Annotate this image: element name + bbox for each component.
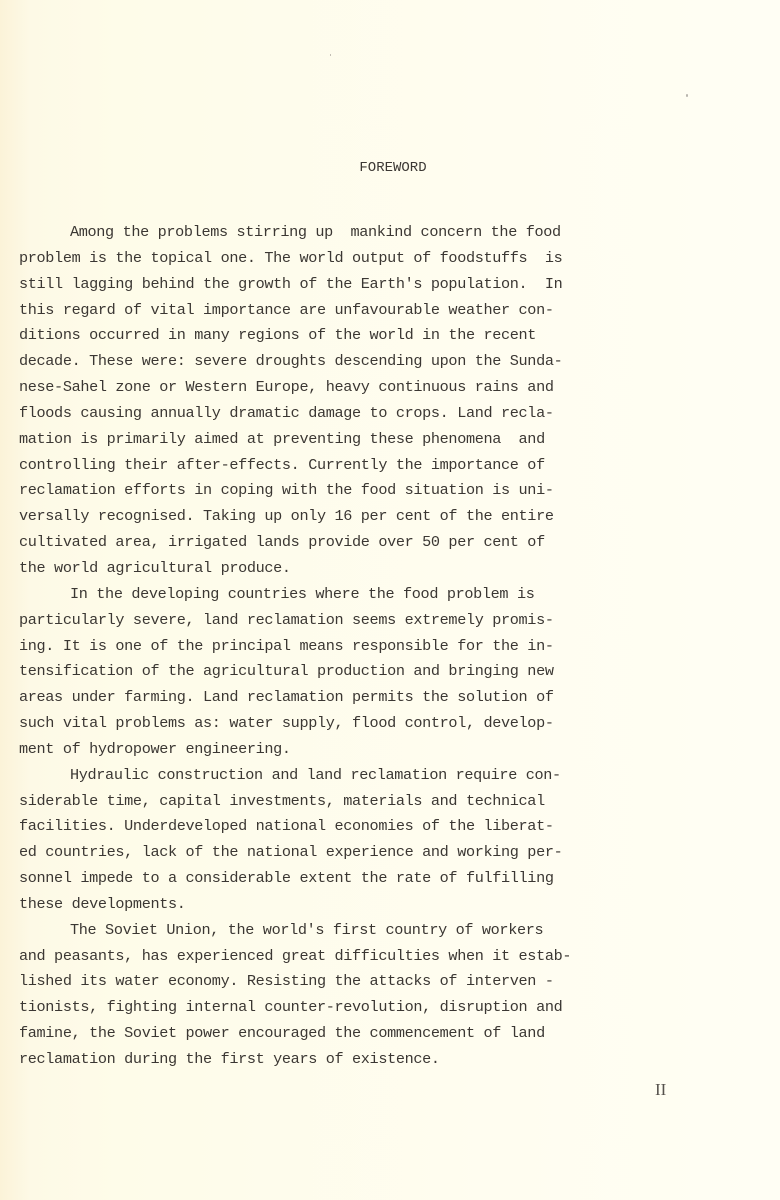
text-line: mation is primarily aimed at preventing … [19,427,679,453]
text-line: sonnel impede to a considerable extent t… [19,866,679,892]
text-line: and peasants, has experienced great diff… [19,944,679,970]
page-number: II [655,1080,666,1100]
paragraph: In the developing countries where the fo… [19,582,679,763]
text-line: siderable time, capital investments, mat… [19,789,679,815]
text-line: Hydraulic construction and land reclamat… [19,763,679,789]
paragraph: The Soviet Union, the world's first coun… [19,918,679,1073]
text-line: nese-Sahel zone or Western Europe, heavy… [19,375,679,401]
text-line: lished its water economy. Resisting the … [19,969,679,995]
text-line: tionists, fighting internal counter-revo… [19,995,679,1021]
text-line: such vital problems as: water supply, fl… [19,711,679,737]
text-line: this regard of vital importance are unfa… [19,298,679,324]
text-line: these developments. [19,892,679,918]
text-line: facilities. Underdeveloped national econ… [19,814,679,840]
text-line: tensification of the agricultural produc… [19,659,679,685]
text-line: famine, the Soviet power encouraged the … [19,1021,679,1047]
text-line: areas under farming. Land reclamation pe… [19,685,679,711]
text-line: ment of hydropower engineering. [19,737,679,763]
page-heading: FOREWORD [0,160,780,176]
paragraph: Among the problems stirring up mankind c… [19,220,679,582]
text-line: versally recognised. Taking up only 16 p… [19,504,679,530]
text-line: The Soviet Union, the world's first coun… [19,918,679,944]
paragraph: Hydraulic construction and land reclamat… [19,763,679,918]
text-line: ing. It is one of the principal means re… [19,634,679,660]
scan-speck [686,94,688,97]
text-line: controlling their after-effects. Current… [19,453,679,479]
text-line: particularly severe, land reclamation se… [19,608,679,634]
text-line: the world agricultural produce. [19,556,679,582]
body-text: Among the problems stirring up mankind c… [19,220,679,1073]
text-line: problem is the topical one. The world ou… [19,246,679,272]
text-line: decade. These were: severe droughts desc… [19,349,679,375]
text-line: cultivated area, irrigated lands provide… [19,530,679,556]
document-page: FOREWORD Among the problems stirring up … [0,0,780,1200]
text-line: still lagging behind the growth of the E… [19,272,679,298]
text-line: Among the problems stirring up mankind c… [19,220,679,246]
scan-speck [330,54,331,56]
text-line: floods causing annually dramatic damage … [19,401,679,427]
text-line: ditions occurred in many regions of the … [19,323,679,349]
text-line: reclamation efforts in coping with the f… [19,478,679,504]
text-line: In the developing countries where the fo… [19,582,679,608]
text-line: ed countries, lack of the national exper… [19,840,679,866]
text-line: reclamation during the first years of ex… [19,1047,679,1073]
